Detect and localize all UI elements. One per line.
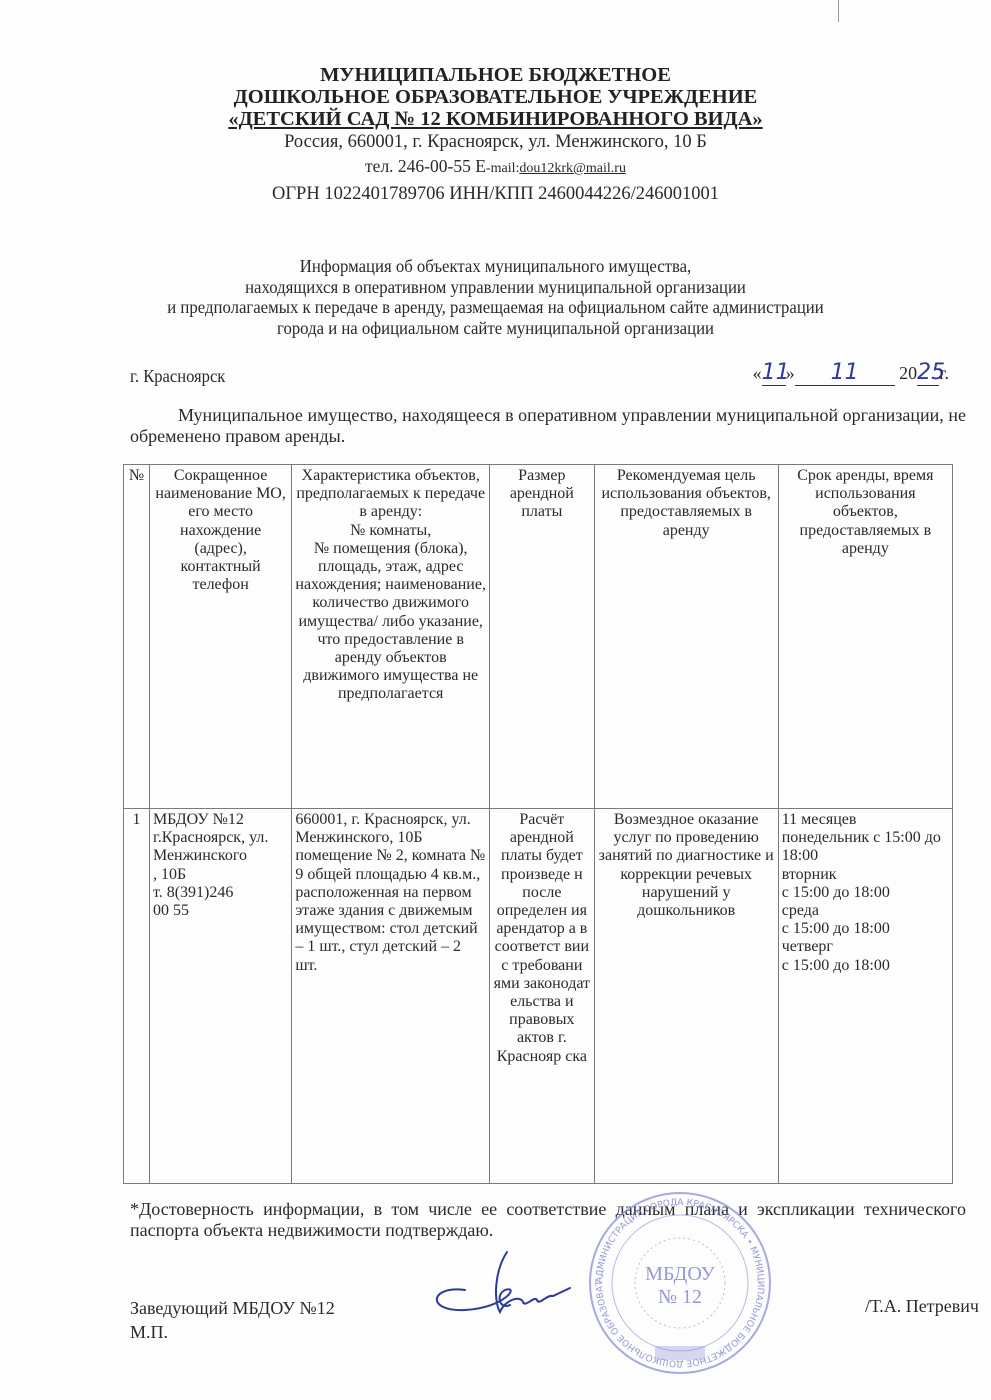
date-month: 11 [795,360,895,386]
stamp-center-line2: № 12 [658,1286,702,1308]
header-number: № [124,465,150,809]
date-day: 11 [762,360,786,386]
email-prefix-small: -mail: [486,161,519,176]
org-name-line1: МУНИЦИПАЛЬНОЕ БЮДЖЕТНОЕ [0,64,991,86]
date-year-suffix: 25 [917,360,939,386]
date-open-quote: « [753,363,762,383]
stamp-center-line1: МБДОУ [645,1263,715,1285]
title-line-2: находящихся в оперативном управлении мун… [35,277,957,298]
date-year-mark: г. [939,363,949,383]
org-name-line2: ДОШКОЛЬНОЕ ОБРАЗОВАТЕЛЬНОЕ УЧРЕЖДЕНИЕ [0,86,991,108]
property-table: № Сокращенное наименование МО, его место… [123,464,953,1184]
certification-note: *Достоверность информации, в том числе е… [130,1199,966,1241]
header-rent-price: Размер арендной платы [490,465,595,809]
org-contact: тел. 246-00-55 E-mail:dou12krk@mail.ru [0,154,991,181]
document-date: «11»11 2025г. [753,360,949,386]
header-purpose: Рекомендуемая цель использования объекто… [594,465,778,809]
cell-rent-price: Расчёт арендной платы будет произведе н … [490,809,595,1184]
signer-position: Заведующий МБДОУ №12 [130,1296,335,1320]
document-place: г. Красноярск [130,366,225,387]
cell-org-name: МБДОУ №12 г.Красноярск, ул. Менжинского … [149,809,291,1184]
signer-block: Заведующий МБДОУ №12 М.П. [130,1296,335,1344]
cell-term: 11 месяцев понедельник с 15:00 до 18:00 … [778,809,952,1184]
header-characteristics: Характеристика объектов, предполагаемых … [292,465,490,809]
header-term: Срок аренды, время использования объекто… [778,465,952,809]
header-org-name: Сокращенное наименование МО, его место н… [149,465,291,809]
cell-number: 1 [124,809,150,1184]
document-page: МУНИЦИПАЛЬНОЕ БЮДЖЕТНОЕ ДОШКОЛЬНОЕ ОБРАЗ… [0,0,991,1400]
org-address: Россия, 660001, г. Красноярск, ул. Менжи… [0,130,991,154]
title-line-4: города и на официальном сайте муниципаль… [35,318,957,339]
title-line-3: и предполагаемых к передаче в аренду, ра… [35,297,957,318]
date-close-quote: » [786,363,795,383]
table-row: 1 МБДОУ №12 г.Красноярск, ул. Менжинског… [124,809,953,1184]
title-line-1: Информация об объектах муниципального им… [35,256,957,277]
intro-paragraph: Муниципальное имущество, находящееся в о… [130,405,966,447]
handwritten-signature-icon [425,1250,575,1320]
table-header-row: № Сокращенное наименование МО, его место… [124,465,953,809]
cell-purpose: Возмездное оказание услуг по проведению … [594,809,778,1184]
letterhead: МУНИЦИПАЛЬНОЕ БЮДЖЕТНОЕ ДОШКОЛЬНОЕ ОБРАЗ… [0,64,991,207]
date-year-prefix: 20 [899,363,917,383]
scan-edge-mark [838,0,839,22]
org-name-line3: «ДЕТСКИЙ САД № 12 КОМБИНИРОВАННОГО ВИДА» [0,108,991,130]
cell-characteristics: 660001, г. Красноярск, ул. Менжинского, … [292,809,490,1184]
signer-name: /Т.А. Петревич [865,1296,979,1317]
official-stamp-icon: АДМИНИСТРАЦИЯ ГОРОДА КРАСНОЯРСКА • МУНИЦ… [585,1188,775,1378]
document-title: Информация об объектах муниципального им… [35,256,957,338]
email-prefix-big: E [475,156,486,176]
org-email-link[interactable]: dou12krk@mail.ru [519,161,626,176]
seal-mark: М.П. [130,1320,335,1344]
org-registration: ОГРН 1022401789706 ИНН/КПП 2460044226/24… [0,181,991,207]
org-phone: тел. 246-00-55 [365,156,475,176]
